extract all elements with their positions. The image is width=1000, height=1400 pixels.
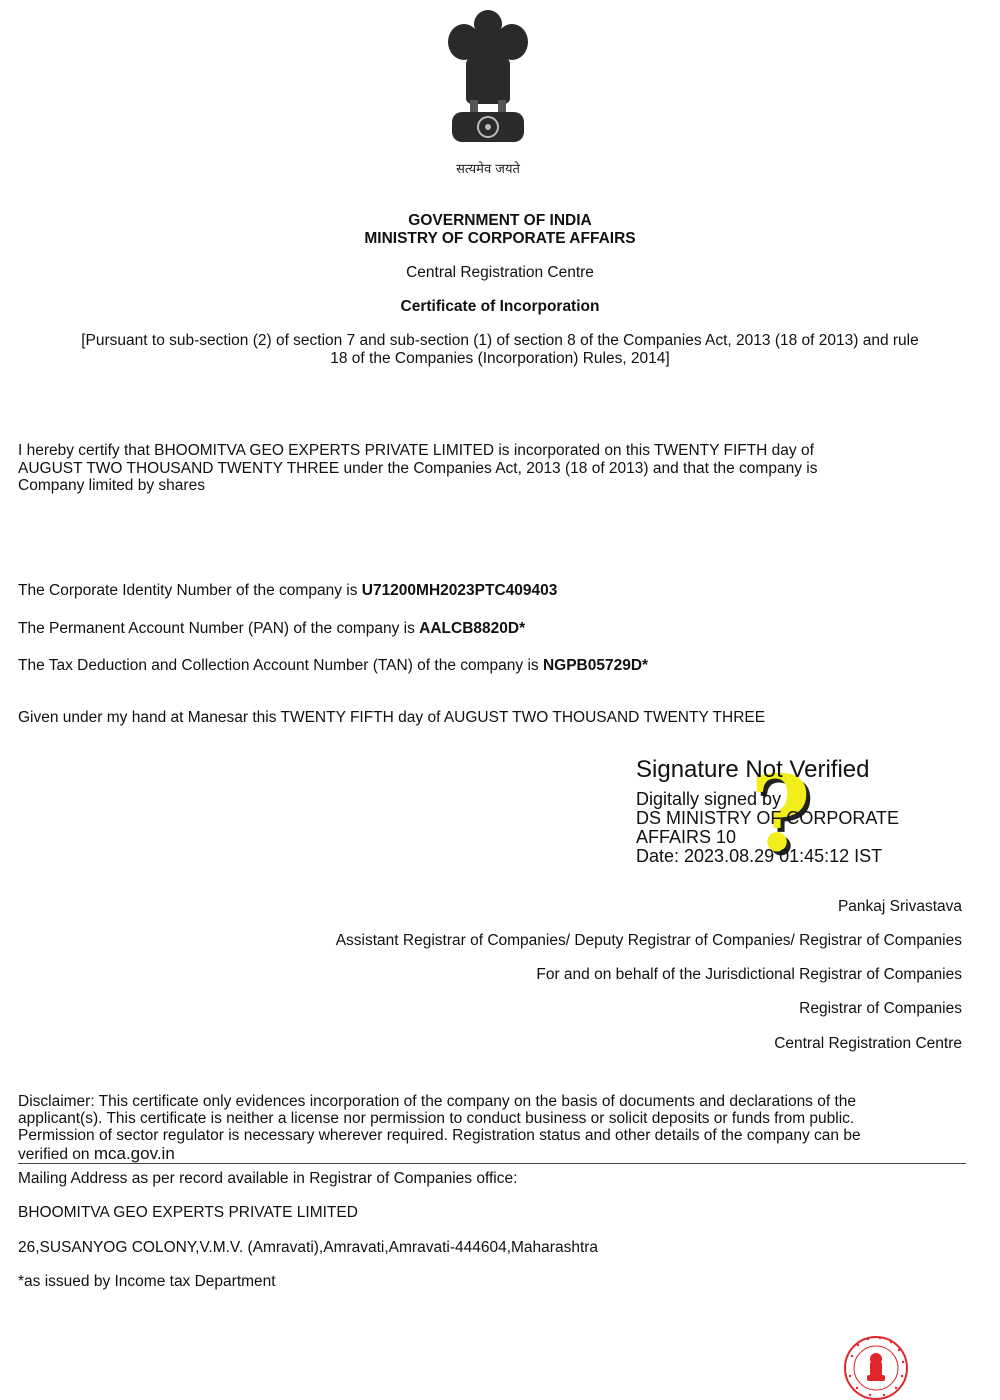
pan-statement: The Permanent Account Number (PAN) of th… [18,620,968,638]
national-emblem-icon [440,2,536,152]
registrar-name: Pankaj Srivastava [838,898,962,916]
mailing-label: Mailing Address as per record available … [18,1170,968,1188]
registrar-designation: Assistant Registrar of Companies/ Deputy… [336,932,962,950]
cin-label: The Corporate Identity Number of the com… [18,582,362,599]
pursuant-line-1: [Pursuant to sub-section (2) of section … [0,332,1000,350]
national-emblem: सत्यमेव जयते [440,2,536,170]
disclaimer-line-1: Disclaimer: This certificate only eviden… [18,1093,968,1111]
footnote: *as issued by Income tax Department [18,1273,968,1291]
tan-value: NGPB05729D* [543,657,648,674]
pan-value: AALCB8820D* [419,620,525,637]
signer-line-2: AFFAIRS 10 [636,828,956,847]
registrar-office: Registrar of Companies [799,1000,962,1018]
emblem-motto: सत्यमेव जयते [440,159,536,177]
registrar-centre: Central Registration Centre [774,1035,962,1053]
disclaimer-line-3: Permission of sector regulator is necess… [18,1127,968,1145]
certify-line-2: AUGUST TWO THOUSAND TWENTY THREE under t… [18,460,968,478]
disclaimer-verify-prefix: verified on [18,1146,94,1163]
cin-statement: The Corporate Identity Number of the com… [18,582,968,600]
tan-label: The Tax Deduction and Collection Account… [18,657,543,674]
pan-label: The Permanent Account Number (PAN) of th… [18,620,419,637]
digital-signature-block[interactable]: Signature Not Verified Digitally signed … [636,756,956,866]
certify-line-3: Company limited by shares [18,477,968,495]
header-government: GOVERNMENT OF INDIA [0,212,1000,230]
given-statement: Given under my hand at Manesar this TWEN… [18,709,968,727]
mailing-address: 26,SUSANYOG COLONY,V.M.V. (Amravati),Amr… [18,1239,968,1257]
signed-by-label: Digitally signed by [636,790,956,809]
cin-value: U71200MH2023PTC409403 [362,582,558,599]
certify-line-1: I hereby certify that BHOOMITVA GEO EXPE… [18,442,968,460]
disclaimer-line-4: verified on mca.gov.in [18,1145,968,1164]
divider [18,1163,966,1164]
header-centre: Central Registration Centre [0,264,1000,282]
header-ministry: MINISTRY OF CORPORATE AFFAIRS [0,230,1000,248]
mca-link[interactable]: mca.gov.in [94,1144,175,1163]
pursuant-line-2: 18 of the Companies (Incorporation) Rule… [0,350,1000,368]
registrar-behalf: For and on behalf of the Jurisdictional … [536,966,962,984]
signer-line-1: DS MINISTRY OF CORPORATE [636,809,956,828]
mailing-company: BHOOMITVA GEO EXPERTS PRIVATE LIMITED [18,1204,968,1222]
disclaimer-line-2: applicant(s). This certificate is neithe… [18,1110,968,1128]
signature-date: Date: 2023.08.29 01:45:12 IST [636,847,956,866]
ministry-seal-icon [840,1332,912,1400]
tan-statement: The Tax Deduction and Collection Account… [18,657,968,675]
signature-status: Signature Not Verified [636,756,956,784]
page-title: Certificate of Incorporation [0,298,1000,316]
